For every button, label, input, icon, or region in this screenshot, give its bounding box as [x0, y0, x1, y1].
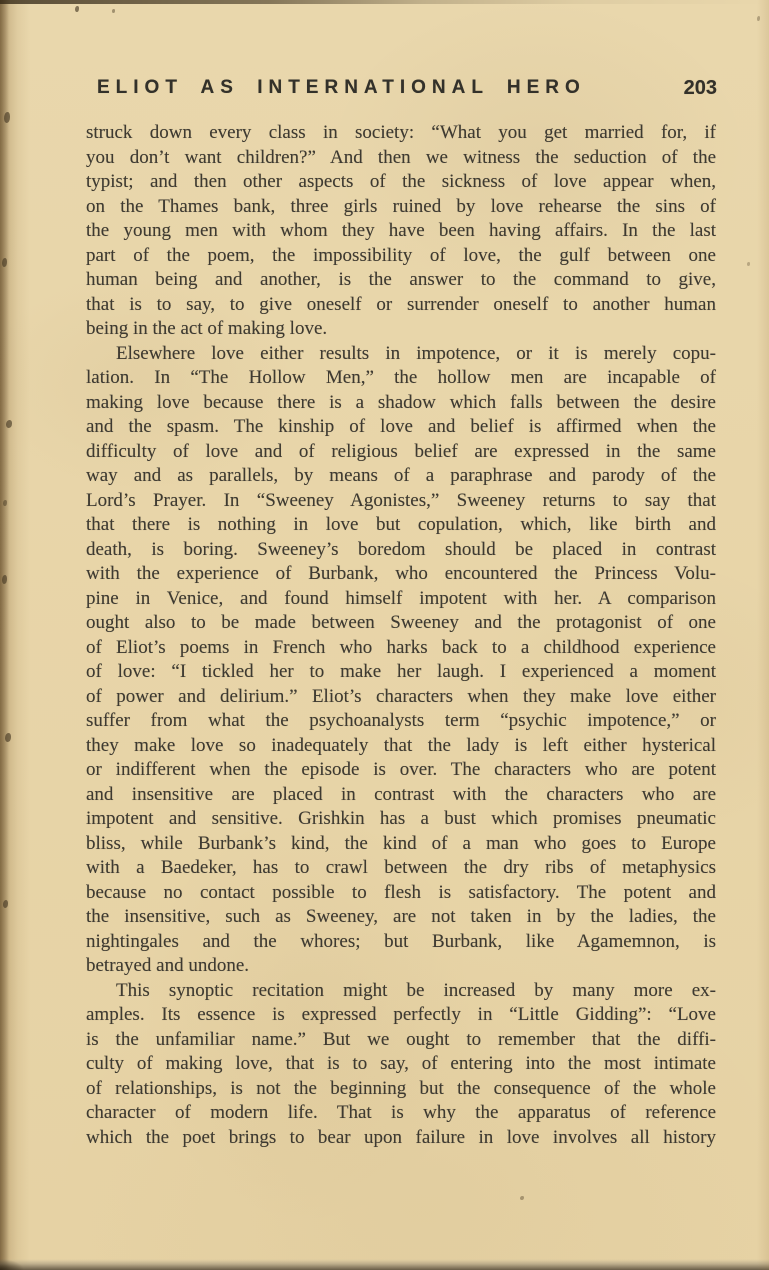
scan-artifact — [757, 16, 760, 21]
chapter-title: ELIOT AS INTERNATIONAL HERO — [97, 77, 586, 99]
scan-edge-top — [0, 0, 769, 4]
text-line: of relationships, is not the beginning b… — [86, 1077, 716, 1102]
text-line: character of modern life. That is why th… — [86, 1101, 716, 1126]
text-line: that there is nothing in love but copula… — [86, 513, 716, 538]
scan-edge-left — [0, 0, 30, 1270]
text-line: making love because there is a shadow wh… — [86, 391, 716, 416]
text-line: because no contact possible to flesh is … — [86, 881, 716, 906]
text-line: of Eliot’s poems in French who harks bac… — [86, 636, 716, 661]
text-line: struck down every class in society: “Wha… — [86, 121, 716, 146]
scan-edge-right — [757, 0, 769, 1270]
text-line: difficulty of love and of religious beli… — [86, 440, 716, 465]
text-line: amples. Its essence is expressed perfect… — [86, 1003, 716, 1028]
text-line: suffer from what the psychoanalysts term… — [86, 709, 716, 734]
text-line: on the Thames bank, three girls ruined b… — [86, 195, 716, 220]
scan-artifact — [3, 500, 7, 506]
text-line: This synoptic recitation might be increa… — [86, 979, 716, 1004]
scan-artifact — [520, 1196, 524, 1200]
paragraph: This synoptic recitation might be increa… — [86, 979, 716, 1151]
text-line: part of the poem, the impossibility of l… — [86, 244, 716, 269]
scan-artifact — [112, 9, 115, 13]
scan-artifact — [747, 262, 750, 266]
paragraph: struck down every class in society: “Wha… — [86, 121, 716, 342]
text-line: they make love so inadequately that the … — [86, 734, 716, 759]
text-line: with a Baedeker, has to crawl between th… — [86, 856, 716, 881]
text-line: Elsewhere love either results in impoten… — [86, 342, 716, 367]
paragraph: Elsewhere love either results in impoten… — [86, 342, 716, 979]
text-line: culty of making love, that is to say, of… — [86, 1052, 716, 1077]
text-line: way and as parallels, by means of a para… — [86, 464, 716, 489]
text-line: which the poet brings to bear upon failu… — [86, 1126, 716, 1151]
text-line: the young men with whom they have been h… — [86, 219, 716, 244]
scan-edge-bottom — [0, 1259, 769, 1270]
text-line: impotent and sensitive. Grishkin has a b… — [86, 807, 716, 832]
text-line: betrayed and undone. — [86, 954, 716, 979]
scan-gutter-shadow — [0, 0, 9, 1270]
scan-artifact — [6, 420, 12, 428]
text-line: typist; and then other aspects of the si… — [86, 170, 716, 195]
text-line: and insensitive are placed in contrast w… — [86, 783, 716, 808]
text-line: you don’t want children?” And then we wi… — [86, 146, 716, 171]
page-number: 203 — [684, 77, 717, 100]
text-line: pine in Venice, and found himself impote… — [86, 587, 716, 612]
scan-artifact — [2, 575, 7, 584]
text-line: of love: “I tickled her to make her laug… — [86, 660, 716, 685]
text-line: being in the act of making love. — [86, 317, 716, 342]
text-line: is the unfamiliar name.” But we ought to… — [86, 1028, 716, 1053]
text-line: bliss, while Burbank’s kind, the kind of… — [86, 832, 716, 857]
text-line: of power and delirium.” Eliot’s characte… — [86, 685, 716, 710]
scan-artifact — [5, 733, 11, 742]
text-line: ought also to be made between Sweeney an… — [86, 611, 716, 636]
text-line: and the spasm. The kinship of love and b… — [86, 415, 716, 440]
text-line: or indifferent when the episode is over.… — [86, 758, 716, 783]
scan-artifact — [2, 258, 7, 267]
scan-artifact — [4, 112, 10, 123]
text-line: nightingales and the whores; but Burbank… — [86, 930, 716, 955]
scan-corner-shadow — [0, 1254, 34, 1270]
text-line: human being and another, is the answer t… — [86, 268, 716, 293]
text-line: lation. In “The Hollow Men,” the hollow … — [86, 366, 716, 391]
text-line: that is to say, to give oneself or surre… — [86, 293, 716, 318]
book-page: ELIOT AS INTERNATIONAL HERO 203 struck d… — [0, 0, 769, 1270]
text-line: the insensitive, such as Sweeney, are no… — [86, 905, 716, 930]
scan-artifact — [3, 900, 8, 908]
text-line: with the experience of Burbank, who enco… — [86, 562, 716, 587]
text-line: Lord’s Prayer. In “Sweeney Agonistes,” S… — [86, 489, 716, 514]
body-text: struck down every class in society: “Wha… — [86, 121, 716, 1150]
scan-artifact — [75, 6, 79, 12]
text-line: death, is boring. Sweeney’s boredom shou… — [86, 538, 716, 563]
